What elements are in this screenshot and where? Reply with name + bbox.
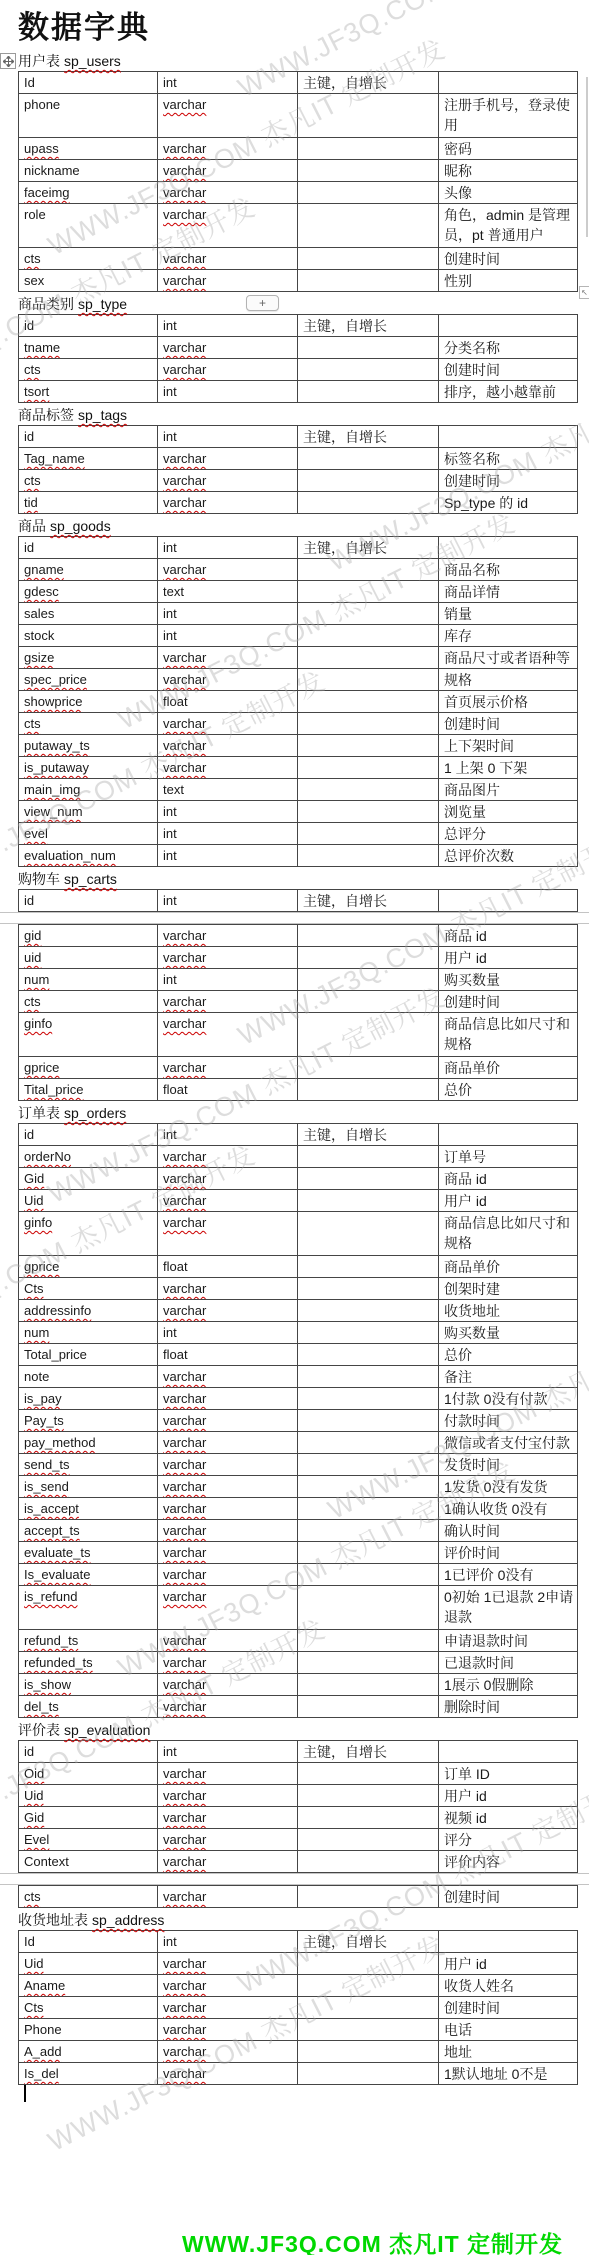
table-row: Ctsvarchar创建时间 xyxy=(19,1997,577,2019)
table-section-sp_goods: 商品sp_goodsidint主键，自增长gnamevarchar商品名称gde… xyxy=(18,517,578,867)
field-key-cell xyxy=(298,1057,439,1078)
table-caption-label: 评价表 xyxy=(18,1722,60,1738)
field-desc-cell: 收货人姓名 xyxy=(439,1975,577,1996)
field-name-cell: Is_evaluate xyxy=(19,1564,158,1585)
table-row: showpricefloat首页展示价格 xyxy=(19,691,577,713)
field-name-cell: Id xyxy=(19,72,158,93)
field-name-cell: id xyxy=(19,537,158,558)
field-name-cell: note xyxy=(19,1366,158,1387)
field-name-cell: spec_price xyxy=(19,669,158,690)
table-row: idint主键，自增长 xyxy=(19,890,577,912)
field-name-cell: id xyxy=(19,1741,158,1762)
table-row: gpricevarchar商品单价 xyxy=(19,1057,577,1079)
field-key-cell xyxy=(298,625,439,646)
table-caption-label: 商品 xyxy=(18,518,46,534)
field-desc-cell xyxy=(439,537,577,558)
field-desc-cell: 库存 xyxy=(439,625,577,646)
field-key-cell: 主键，自增长 xyxy=(298,72,439,93)
table-caption: 用户表sp_users xyxy=(18,52,578,71)
table-section-sp_type: 商品类别sp_type+idint主键，自增长tnamevarchar分类名称c… xyxy=(18,295,578,403)
table-row: idint主键，自增长 xyxy=(19,537,577,559)
field-type-cell: varchar xyxy=(158,1190,298,1211)
field-name-cell: A_add xyxy=(19,2041,158,2062)
table-section-sp_evaluation: 评价表sp_evaluationidint主键，自增长Oidvarchar订单 … xyxy=(18,1721,578,1908)
field-desc-cell: 评价内容 xyxy=(439,1851,577,1872)
field-desc-cell: 分类名称 xyxy=(439,337,577,358)
field-type-cell: varchar xyxy=(158,2063,298,2084)
table-caption: 商品标签sp_tags xyxy=(18,406,578,425)
field-name-cell: sex xyxy=(19,270,158,291)
field-name-cell: refund_ts xyxy=(19,1630,158,1651)
field-type-cell: varchar xyxy=(158,492,298,513)
field-desc-cell: 排序，越小越靠前 xyxy=(439,381,577,402)
field-desc-cell: 申请退款时间 xyxy=(439,1630,577,1651)
field-type-cell: varchar xyxy=(158,1886,298,1907)
table-move-handle[interactable] xyxy=(0,53,16,69)
field-key-cell xyxy=(298,779,439,800)
field-desc-cell xyxy=(439,72,577,93)
field-desc-cell: 性别 xyxy=(439,270,577,291)
field-type-cell: varchar xyxy=(158,713,298,734)
field-name-cell: phone xyxy=(19,94,158,137)
table-row: phonevarchar注册手机号，登录使用 xyxy=(19,94,577,138)
field-key-cell xyxy=(298,1410,439,1431)
field-desc-cell: 购买数量 xyxy=(439,969,577,990)
field-name-cell: Is_del xyxy=(19,2063,158,2084)
field-desc-cell xyxy=(439,426,577,447)
table-row: Contextvarchar评价内容 xyxy=(19,1851,577,1873)
table-row: is_refundvarchar0初始 1已退款 2申请退款 xyxy=(19,1586,577,1630)
field-key-cell xyxy=(298,1498,439,1519)
field-desc-cell: 头像 xyxy=(439,182,577,203)
field-type-cell: int xyxy=(158,1741,298,1762)
field-type-cell: int xyxy=(158,823,298,844)
table-row: ginfovarchar商品信息比如尺寸和规格 xyxy=(19,1013,577,1057)
field-name-cell: putaway_ts xyxy=(19,735,158,756)
field-name-cell: Pay_ts xyxy=(19,1410,158,1431)
field-desc-cell: 上下架时间 xyxy=(439,735,577,756)
nw-arrow-artifact: ↖ xyxy=(579,286,589,299)
field-key-cell xyxy=(298,1997,439,2018)
field-desc-cell xyxy=(439,1931,577,1952)
table-grid: gidvarchar商品 iduidvarchar用户 idnumint购买数量… xyxy=(18,924,578,1101)
field-type-cell: varchar xyxy=(158,1542,298,1563)
field-type-cell: varchar xyxy=(158,1953,298,1974)
field-type-cell: varchar xyxy=(158,1586,298,1629)
field-desc-cell xyxy=(439,1124,577,1145)
field-desc-cell: 1确认收货 0没有 xyxy=(439,1498,577,1519)
field-key-cell: 主键，自增长 xyxy=(298,1931,439,1952)
field-desc-cell: 创建时间 xyxy=(439,470,577,491)
field-key-cell xyxy=(298,1476,439,1497)
field-desc-cell: 总价 xyxy=(439,1079,577,1100)
field-type-cell: varchar xyxy=(158,647,298,668)
window-edge-line xyxy=(586,77,588,237)
field-name-cell: gname xyxy=(19,559,158,580)
field-name-cell: Total_price xyxy=(19,1344,158,1365)
field-type-cell: varchar xyxy=(158,1851,298,1872)
field-key-cell xyxy=(298,1564,439,1585)
field-desc-cell: 商品名称 xyxy=(439,559,577,580)
field-name-cell: id xyxy=(19,315,158,336)
field-desc-cell: 商品详情 xyxy=(439,581,577,602)
field-key-cell xyxy=(298,1212,439,1255)
field-desc-cell: 用户 id xyxy=(439,1190,577,1211)
field-desc-cell: 购买数量 xyxy=(439,1322,577,1343)
field-name-cell: Gid xyxy=(19,1168,158,1189)
field-desc-cell: 已退款时间 xyxy=(439,1652,577,1673)
field-desc-cell: 创建时间 xyxy=(439,713,577,734)
field-name-cell: evel xyxy=(19,823,158,844)
text-cursor xyxy=(24,2085,26,2102)
field-name-cell: Phone xyxy=(19,2019,158,2040)
field-type-cell: float xyxy=(158,1079,298,1100)
table-caption-label: 商品标签 xyxy=(18,407,74,423)
field-key-cell xyxy=(298,647,439,668)
field-desc-cell: 商品 id xyxy=(439,925,577,946)
field-name-cell: num xyxy=(19,1322,158,1343)
field-desc-cell: 微信或者支付宝付款 xyxy=(439,1432,577,1453)
field-name-cell: is_pay xyxy=(19,1388,158,1409)
field-type-cell: float xyxy=(158,1344,298,1365)
table-row: is_sendvarchar1发货 0没有发货 xyxy=(19,1476,577,1498)
table-row: gpricefloat商品单价 xyxy=(19,1256,577,1278)
field-name-cell: Cts xyxy=(19,1997,158,2018)
field-desc-cell: 创建时间 xyxy=(439,1886,577,1907)
table-row: ctsvarchar创建时间 xyxy=(19,991,577,1013)
field-type-cell: varchar xyxy=(158,160,298,181)
table-row: salesint销量 xyxy=(19,603,577,625)
field-key-cell xyxy=(298,1190,439,1211)
field-name-cell: role xyxy=(19,204,158,247)
field-name-cell: tname xyxy=(19,337,158,358)
table-row: is_showvarchar1展示 0假删除 xyxy=(19,1674,577,1696)
field-type-cell: varchar xyxy=(158,1057,298,1078)
table-row: ctsvarchar创建时间 xyxy=(19,470,577,492)
field-key-cell xyxy=(298,1366,439,1387)
field-name-cell: is_accept xyxy=(19,1498,158,1519)
field-desc-cell: 用户 id xyxy=(439,947,577,968)
table-row: send_tsvarchar发货时间 xyxy=(19,1454,577,1476)
table-row: Total_pricefloat总价 xyxy=(19,1344,577,1366)
field-name-cell: Uid xyxy=(19,1953,158,1974)
field-name-cell: id xyxy=(19,1124,158,1145)
table-name: sp_goods xyxy=(50,518,111,534)
field-type-cell: varchar xyxy=(158,1410,298,1431)
field-name-cell: cts xyxy=(19,359,158,380)
field-type-cell: int xyxy=(158,625,298,646)
field-type-cell: varchar xyxy=(158,757,298,778)
field-key-cell xyxy=(298,270,439,291)
table-row: evelint总评分 xyxy=(19,823,577,845)
table-row: rolevarchar角色，admin 是管理员，pt 普通用户 xyxy=(19,204,577,248)
table-row: Gidvarchar视频 id xyxy=(19,1807,577,1829)
table-row: Is_evaluatevarchar1已评价 0没有 xyxy=(19,1564,577,1586)
table-row: tsortint排序，越小越靠前 xyxy=(19,381,577,403)
field-type-cell: int xyxy=(158,381,298,402)
field-desc-cell: 角色，admin 是管理员，pt 普通用户 xyxy=(439,204,577,247)
table-row: stockint库存 xyxy=(19,625,577,647)
field-name-cell: cts xyxy=(19,713,158,734)
table-row: ctsvarchar创建时间 xyxy=(19,359,577,381)
field-desc-cell: 商品单价 xyxy=(439,1057,577,1078)
field-key-cell xyxy=(298,470,439,491)
field-type-cell: varchar xyxy=(158,1630,298,1651)
table-row: Tag_namevarchar标签名称 xyxy=(19,448,577,470)
field-type-cell: varchar xyxy=(158,925,298,946)
table-row: is_putawayvarchar1 上架 0 下架 xyxy=(19,757,577,779)
insert-table-button[interactable]: + xyxy=(246,295,279,311)
table-row: Pay_tsvarchar付款时间 xyxy=(19,1410,577,1432)
field-desc-cell: 浏览量 xyxy=(439,801,577,822)
table-row: tidvarcharSp_type 的 id xyxy=(19,492,577,514)
field-desc-cell: 发货时间 xyxy=(439,1454,577,1475)
field-type-cell: float xyxy=(158,1256,298,1277)
field-key-cell xyxy=(298,947,439,968)
table-row: accept_tsvarchar确认时间 xyxy=(19,1520,577,1542)
field-desc-cell: 1 上架 0 下架 xyxy=(439,757,577,778)
field-name-cell: Tag_name xyxy=(19,448,158,469)
field-key-cell xyxy=(298,925,439,946)
field-name-cell: main_img xyxy=(19,779,158,800)
table-row: idint主键，自增长 xyxy=(19,315,577,337)
table-row: Gidvarchar商品 id xyxy=(19,1168,577,1190)
table-row: spec_pricevarchar规格 xyxy=(19,669,577,691)
field-type-cell: varchar xyxy=(158,337,298,358)
footer-brand-text: WWW.JF3Q.COM 杰凡IT 定制开发 xyxy=(182,2226,563,2255)
field-desc-cell: 标签名称 xyxy=(439,448,577,469)
field-desc-cell: 密码 xyxy=(439,138,577,159)
field-type-cell: varchar xyxy=(158,1388,298,1409)
field-type-cell: varchar xyxy=(158,359,298,380)
table-row: upassvarchar密码 xyxy=(19,138,577,160)
field-type-cell: int xyxy=(158,603,298,624)
field-type-cell: varchar xyxy=(158,1278,298,1299)
field-key-cell xyxy=(298,1278,439,1299)
field-name-cell: del_ts xyxy=(19,1696,158,1717)
field-key-cell xyxy=(298,845,439,866)
field-key-cell xyxy=(298,337,439,358)
table-caption-label: 收货地址表 xyxy=(18,1912,88,1928)
field-type-cell: varchar xyxy=(158,470,298,491)
field-key-cell xyxy=(298,1388,439,1409)
field-desc-cell: 付款时间 xyxy=(439,1410,577,1431)
field-desc-cell: 规格 xyxy=(439,669,577,690)
field-type-cell: varchar xyxy=(158,1476,298,1497)
table-row: Uidvarchar用户 id xyxy=(19,1190,577,1212)
field-type-cell: varchar xyxy=(158,1997,298,2018)
table-row: addressinfovarchar收货地址 xyxy=(19,1300,577,1322)
field-type-cell: int xyxy=(158,315,298,336)
table-row: is_acceptvarchar1确认收货 0没有 xyxy=(19,1498,577,1520)
table-row: gnamevarchar商品名称 xyxy=(19,559,577,581)
field-name-cell: accept_ts xyxy=(19,1520,158,1541)
field-desc-cell: 确认时间 xyxy=(439,1520,577,1541)
table-row: gdesctext商品详情 xyxy=(19,581,577,603)
field-name-cell: refunded_ts xyxy=(19,1652,158,1673)
field-type-cell: varchar xyxy=(158,248,298,269)
table-row: Phonevarchar电话 xyxy=(19,2019,577,2041)
field-name-cell: upass xyxy=(19,138,158,159)
table-row: refunded_tsvarchar已退款时间 xyxy=(19,1652,577,1674)
field-desc-cell: 总评价次数 xyxy=(439,845,577,866)
field-desc-cell: 商品信息比如尺寸和规格 xyxy=(439,1013,577,1056)
field-key-cell xyxy=(298,713,439,734)
field-name-cell: Evel xyxy=(19,1829,158,1850)
table-row: idint主键，自增长 xyxy=(19,1741,577,1763)
field-desc-cell: 创建时间 xyxy=(439,991,577,1012)
field-type-cell: varchar xyxy=(158,735,298,756)
field-key-cell xyxy=(298,991,439,1012)
table-row: numint购买数量 xyxy=(19,1322,577,1344)
field-name-cell: num xyxy=(19,969,158,990)
field-name-cell: orderNo xyxy=(19,1146,158,1167)
table-row: Anamevarchar收货人姓名 xyxy=(19,1975,577,1997)
table-name: sp_type xyxy=(78,296,127,312)
field-key-cell xyxy=(298,204,439,247)
field-key-cell xyxy=(298,160,439,181)
field-key-cell xyxy=(298,823,439,844)
table-caption-label: 商品类别 xyxy=(18,296,74,312)
field-type-cell: varchar xyxy=(158,1763,298,1784)
field-desc-cell: 1默认地址 0不是 xyxy=(439,2063,577,2084)
field-name-cell: evaluation_num xyxy=(19,845,158,866)
field-name-cell: Oid xyxy=(19,1763,158,1784)
field-type-cell: varchar xyxy=(158,1212,298,1255)
field-key-cell xyxy=(298,1586,439,1629)
field-type-cell: varchar xyxy=(158,1498,298,1519)
field-name-cell: tid xyxy=(19,492,158,513)
field-name-cell: Cts xyxy=(19,1278,158,1299)
table-row: refund_tsvarchar申请退款时间 xyxy=(19,1630,577,1652)
table-row: orderNovarchar订单号 xyxy=(19,1146,577,1168)
field-desc-cell: 商品图片 xyxy=(439,779,577,800)
field-key-cell xyxy=(298,1851,439,1872)
table-row: ctsvarchar创建时间 xyxy=(19,713,577,735)
field-type-cell: text xyxy=(158,581,298,602)
table-row: ctsvarchar创建时间 xyxy=(19,1886,577,1908)
field-name-cell: cts xyxy=(19,248,158,269)
field-key-cell xyxy=(298,1256,439,1277)
table-row: Ctsvarchar创架时建 xyxy=(19,1278,577,1300)
field-name-cell: gdesc xyxy=(19,581,158,602)
field-type-cell: int xyxy=(158,801,298,822)
field-key-cell: 主键，自增长 xyxy=(298,537,439,558)
table-section-sp_orders: 订单表sp_ordersidint主键，自增长orderNovarchar订单号… xyxy=(18,1104,578,1718)
field-type-cell: varchar xyxy=(158,270,298,291)
field-key-cell xyxy=(298,757,439,778)
field-name-cell: nickname xyxy=(19,160,158,181)
field-name-cell: sales xyxy=(19,603,158,624)
data-dictionary-tables: 用户表sp_usersIdint主键，自增长phonevarchar注册手机号，… xyxy=(18,52,589,2085)
field-name-cell: gprice xyxy=(19,1057,158,1078)
field-name-cell: faceimg xyxy=(19,182,158,203)
field-type-cell: varchar xyxy=(158,947,298,968)
table-grid: idint主键，自增长 xyxy=(18,889,578,912)
table-row: tnamevarchar分类名称 xyxy=(19,337,577,359)
table-row: evaluate_tsvarchar评价时间 xyxy=(19,1542,577,1564)
field-name-cell: stock xyxy=(19,625,158,646)
field-type-cell: varchar xyxy=(158,1785,298,1806)
field-name-cell: evaluate_ts xyxy=(19,1542,158,1563)
table-name: sp_tags xyxy=(78,407,127,423)
field-key-cell xyxy=(298,182,439,203)
field-desc-cell: 订单 ID xyxy=(439,1763,577,1784)
field-key-cell xyxy=(298,669,439,690)
field-desc-cell: 首页展示价格 xyxy=(439,691,577,712)
field-desc-cell: 1付款 0没有付款 xyxy=(439,1388,577,1409)
field-type-cell: varchar xyxy=(158,1807,298,1828)
field-desc-cell: 创建时间 xyxy=(439,1997,577,2018)
table-row: putaway_tsvarchar上下架时间 xyxy=(19,735,577,757)
table-row: idint主键，自增长 xyxy=(19,1124,577,1146)
field-key-cell xyxy=(298,1807,439,1828)
field-type-cell: varchar xyxy=(158,1674,298,1695)
table-row: Idint主键，自增长 xyxy=(19,72,577,94)
table-row: gsizevarchar商品尺寸或者语种等 xyxy=(19,647,577,669)
table-row: nicknamevarchar昵称 xyxy=(19,160,577,182)
field-name-cell: Context xyxy=(19,1851,158,1872)
field-type-cell: varchar xyxy=(158,204,298,247)
field-type-cell: varchar xyxy=(158,559,298,580)
field-name-cell: Aname xyxy=(19,1975,158,1996)
field-desc-cell xyxy=(439,1741,577,1762)
table-caption: 购物车sp_carts xyxy=(18,870,578,889)
table-grid: idint主键，自增长tnamevarchar分类名称ctsvarchar创建时… xyxy=(18,314,578,403)
field-name-cell: gprice xyxy=(19,1256,158,1277)
field-desc-cell: 用户 id xyxy=(439,1785,577,1806)
table-row: notevarchar备注 xyxy=(19,1366,577,1388)
table-grid: idint主键，自增长Tag_namevarchar标签名称ctsvarchar… xyxy=(18,425,578,514)
field-type-cell: varchar xyxy=(158,1975,298,1996)
field-desc-cell: 商品信息比如尺寸和规格 xyxy=(439,1212,577,1255)
table-section-sp_address: 收货地址表sp_addressIdint主键，自增长Uidvarchar用户 i… xyxy=(18,1911,578,2085)
table-caption-label: 购物车 xyxy=(18,871,60,887)
field-name-cell: gsize xyxy=(19,647,158,668)
field-type-cell: varchar xyxy=(158,1432,298,1453)
table-caption: 评价表sp_evaluation xyxy=(18,1721,578,1740)
field-desc-cell: 收货地址 xyxy=(439,1300,577,1321)
field-key-cell xyxy=(298,1674,439,1695)
field-desc-cell: 0初始 1已退款 2申请退款 xyxy=(439,1586,577,1629)
field-desc-cell: 评分 xyxy=(439,1829,577,1850)
field-name-cell: Tital_price xyxy=(19,1079,158,1100)
field-desc-cell: 创架时建 xyxy=(439,1278,577,1299)
field-type-cell: varchar xyxy=(158,1829,298,1850)
field-name-cell: pay_method xyxy=(19,1432,158,1453)
field-type-cell: varchar xyxy=(158,669,298,690)
field-key-cell xyxy=(298,94,439,137)
table-caption: 商品类别sp_type+ xyxy=(18,295,578,314)
table-row: Idint主键，自增长 xyxy=(19,1931,577,1953)
table-row: Evelvarchar评分 xyxy=(19,1829,577,1851)
field-name-cell: cts xyxy=(19,1886,158,1907)
field-type-cell: text xyxy=(158,779,298,800)
field-desc-cell: 用户 id xyxy=(439,1953,577,1974)
move-handle-icon xyxy=(3,56,14,67)
field-key-cell xyxy=(298,1146,439,1167)
field-desc-cell: 注册手机号，登录使用 xyxy=(439,94,577,137)
field-type-cell: varchar xyxy=(158,94,298,137)
field-type-cell: varchar xyxy=(158,1013,298,1056)
table-name: sp_orders xyxy=(64,1105,126,1121)
field-name-cell: is_refund xyxy=(19,1586,158,1629)
field-key-cell xyxy=(298,559,439,580)
field-key-cell xyxy=(298,691,439,712)
field-key-cell xyxy=(298,1785,439,1806)
field-type-cell: varchar xyxy=(158,991,298,1012)
field-key-cell xyxy=(298,1975,439,1996)
